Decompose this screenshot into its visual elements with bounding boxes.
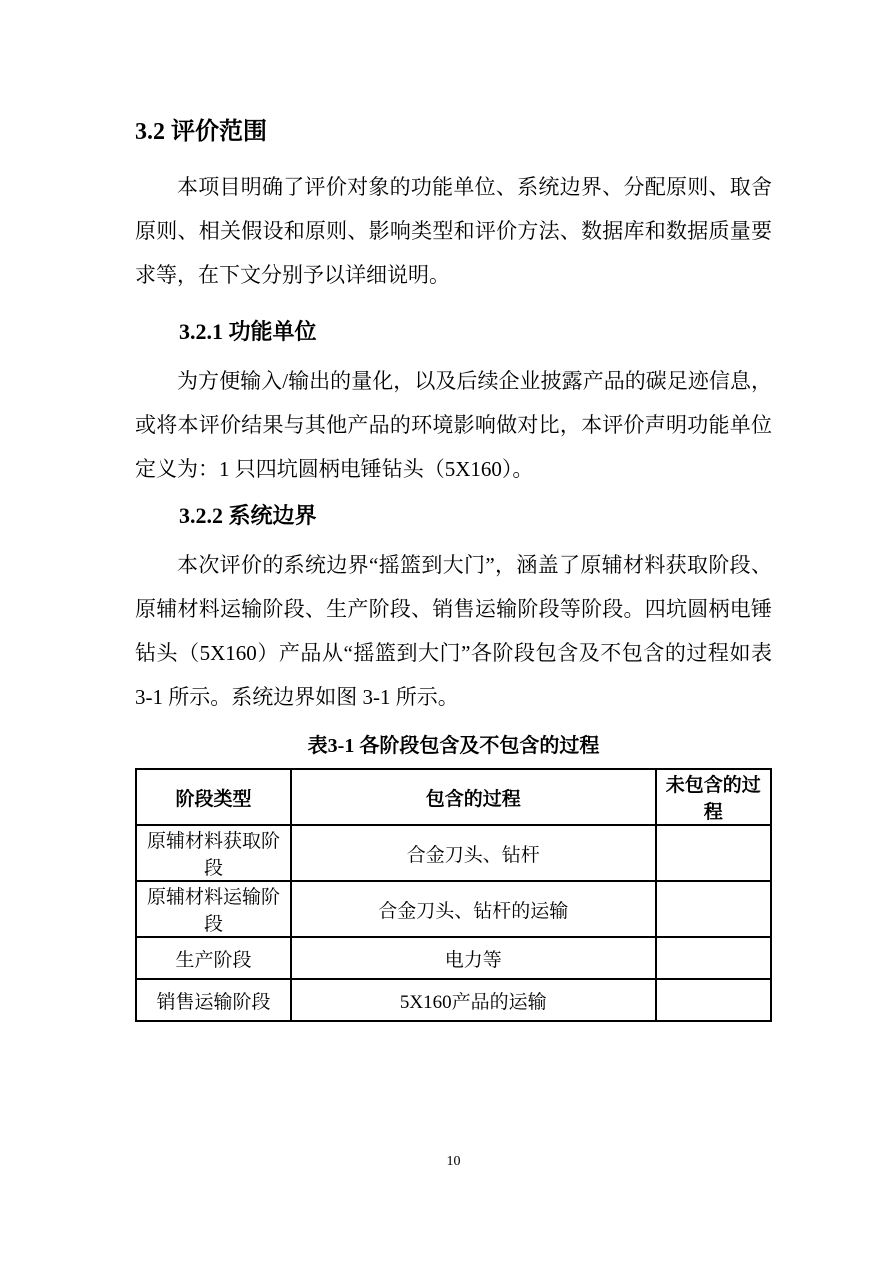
table-header-row: 阶段类型 包含的过程 未包含的过程 <box>136 769 771 825</box>
intro-paragraph: 本项目明确了评价对象的功能单位、系统边界、分配原则、取舍原则、相关假设和原则、影… <box>135 165 772 297</box>
table-header-included-process: 包含的过程 <box>291 769 656 825</box>
table-header-stage-type: 阶段类型 <box>136 769 291 825</box>
cell-included: 电力等 <box>291 937 656 979</box>
table-row: 原辅材料获取阶段 合金刀头、钻杆 <box>136 825 771 881</box>
functional-unit-paragraph: 为方便输入/输出的量化，以及后续企业披露产品的碳足迹信息，或将本评价结果与其他产… <box>135 359 772 491</box>
table-caption: 表3-1 各阶段包含及不包含的过程 <box>135 733 772 759</box>
table-row: 原辅材料运输阶段 合金刀头、钻杆的运输 <box>136 881 771 937</box>
cell-included: 合金刀头、钻杆 <box>291 825 656 881</box>
cell-excluded <box>656 881 771 937</box>
stages-table: 阶段类型 包含的过程 未包含的过程 原辅材料获取阶段 合金刀头、钻杆 原辅材料运… <box>135 768 772 1022</box>
cell-excluded <box>656 979 771 1021</box>
system-boundary-paragraph: 本次评价的系统边界“摇篮到大门”，涵盖了原辅材料获取阶段、原辅材料运输阶段、生产… <box>135 543 772 719</box>
table-row: 销售运输阶段 5X160产品的运输 <box>136 979 771 1021</box>
cell-stage: 销售运输阶段 <box>136 979 291 1021</box>
cell-included: 5X160产品的运输 <box>291 979 656 1021</box>
cell-excluded <box>656 937 771 979</box>
document-page: 3.2 评价范围 本项目明确了评价对象的功能单位、系统边界、分配原则、取舍原则、… <box>0 0 892 1262</box>
cell-stage: 原辅材料获取阶段 <box>136 825 291 881</box>
subsection-heading-system-boundary: 3.2.2 系统边界 <box>135 501 772 531</box>
table-row: 生产阶段 电力等 <box>136 937 771 979</box>
cell-stage: 原辅材料运输阶段 <box>136 881 291 937</box>
cell-stage: 生产阶段 <box>136 937 291 979</box>
subsection-heading-functional-unit: 3.2.1 功能单位 <box>135 317 772 347</box>
page-number: 10 <box>135 1152 772 1172</box>
page-content: 3.2 评价范围 本项目明确了评价对象的功能单位、系统边界、分配原则、取舍原则、… <box>135 0 772 1022</box>
table-header-excluded-process: 未包含的过程 <box>656 769 771 825</box>
cell-excluded <box>656 825 771 881</box>
section-heading: 3.2 评价范围 <box>135 115 772 149</box>
cell-included: 合金刀头、钻杆的运输 <box>291 881 656 937</box>
